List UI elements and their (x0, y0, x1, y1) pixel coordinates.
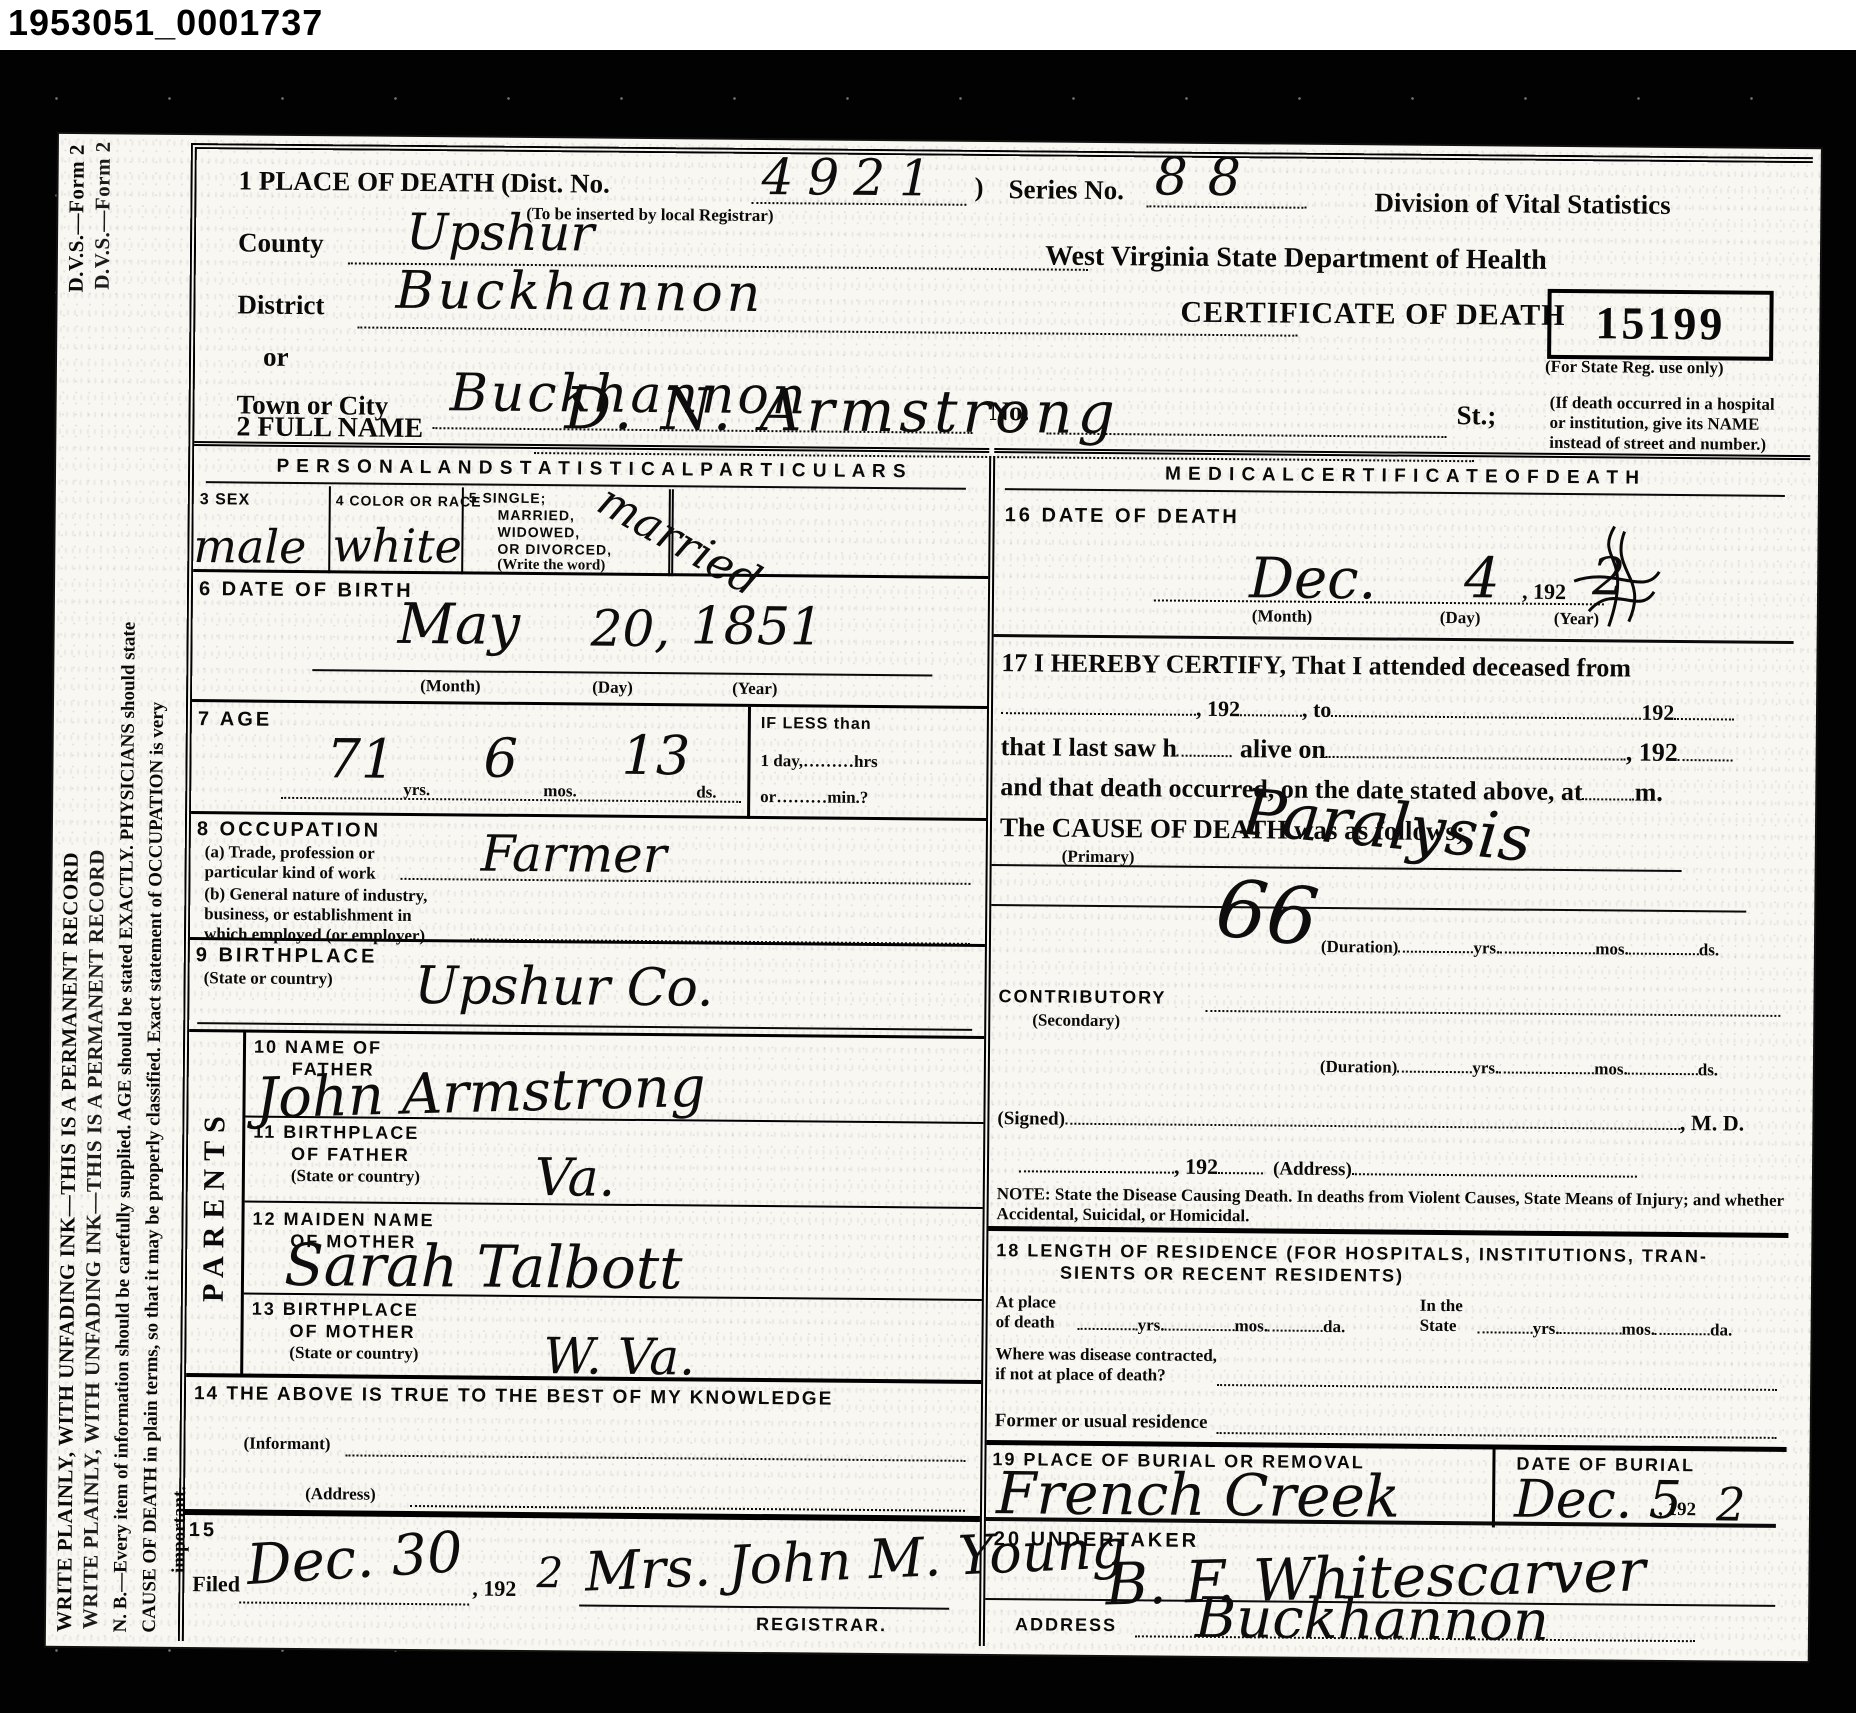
registrar-caption: REGISTRAR. (756, 1614, 887, 1636)
division-title: Division of Vital Statistics (1374, 187, 1671, 221)
undertaker-address-value: Buckhannon (1195, 1586, 1549, 1654)
dod-month-caption: (Month) (1252, 606, 1313, 627)
district-blank (357, 326, 1297, 336)
secondary-caption: (Secondary) (1032, 1010, 1120, 1031)
certify-192b: 192 (1641, 700, 1674, 726)
signed-label: (Signed) (997, 1108, 1065, 1131)
note-paragraph: NOTE: State the Disease Causing Death. I… (997, 1184, 1787, 1231)
dob-year-value: 1851 (690, 596, 823, 657)
in-state-yrs: yrs. (1533, 1319, 1560, 1339)
duration-mos-blank (1500, 950, 1595, 954)
at-place-mos-blank (1165, 1328, 1235, 1332)
where-contracted-blank (1217, 1384, 1777, 1391)
certificate-title: CERTIFICATE OF DEATH (1180, 296, 1565, 333)
informant-address-label: (Address) (305, 1484, 376, 1505)
mother-bp-value: W. Va. (543, 1327, 695, 1386)
personal-column: P E R S O N A L A N D S T A T I S T I C … (184, 449, 995, 1646)
margin-nb-line2: CAUSE OF DEATH in plain terms, so that i… (139, 145, 174, 1633)
sig-192-label: , 192 (1174, 1154, 1218, 1180)
sig-address-label: (Address) (1263, 1158, 1352, 1181)
sex-race-marital-row: 3 SEX male 4 COLOR OR RACE white 5 SINGL… (193, 485, 989, 579)
duration2-ds-caption: ds. (1698, 1060, 1719, 1080)
alive-on-blank (1326, 755, 1626, 761)
marital-label-1: 5 SINGLE; (469, 489, 547, 506)
sig-address-blank (1352, 1172, 1637, 1177)
marital-label-3: WIDOWED, (497, 524, 580, 541)
primary-duration-line: (Duration) yrs. mos. ds. (1321, 937, 1791, 961)
age-months-value: 6 (483, 727, 518, 790)
registrar-signature-line (579, 1604, 949, 1609)
dob-label: 6 DATE OF BIRTH (199, 578, 414, 603)
item15-label: 15 (189, 1519, 217, 1542)
if-less-line1: IF LESS than (761, 715, 872, 734)
certify-to-blank (1331, 714, 1641, 720)
filed-192-label: , 192 (472, 1576, 516, 1602)
mother-birthplace-row: 13 BIRTHPLACE OF MOTHER (State or countr… (243, 1295, 982, 1384)
occupation-label: 8 OCCUPATION (197, 818, 381, 843)
dod-row-rule (994, 634, 1794, 644)
marital-write-word-note: (Write the word) (497, 557, 605, 575)
certify-to-label: , to (1302, 697, 1332, 723)
dob-line (312, 669, 932, 676)
mother-name-row: 12 MAIDEN NAME OF MOTHER Sarah Talbott (244, 1203, 983, 1301)
medical-section-title: M E D I C A L C E R T I F I C A T E O F … (995, 462, 1810, 491)
certify-192a: , 192 (1196, 696, 1240, 722)
if-less-cell: IF LESS than 1 day,………hrs or………min.? (747, 707, 987, 821)
sig-date-blank (1019, 1169, 1174, 1173)
certify-192c: , 192 (1626, 738, 1678, 768)
certificate-form: 1 PLACE OF DEATH (Dist. No. 4921 ) (To b… (178, 143, 1813, 1655)
duration-ds-caption: ds. (1699, 940, 1720, 960)
dob-day-caption: (Day) (592, 678, 633, 698)
age-line (281, 797, 741, 803)
certify-line1: 17 I HEREBY CERTIFY, That I attended dec… (1001, 648, 1631, 683)
county-label: County (238, 227, 324, 259)
sex-value: male (193, 519, 306, 574)
father-bp-label-1: 11 BIRTHPLACE (253, 1122, 419, 1144)
item14-label: 14 THE ABOVE IS TRUE TO THE BEST OF MY K… (194, 1383, 833, 1411)
medical-column: M E D I C A L C E R T I F I C A T E O F … (985, 456, 1810, 1653)
at-place-da: da. (1323, 1317, 1345, 1337)
duration2-ds-blank (1628, 1072, 1698, 1076)
certify-192a-blank (1240, 713, 1302, 717)
mother-bp-caption: (State or country) (289, 1343, 418, 1364)
last-saw-h-blank (1177, 754, 1232, 757)
dob-month-value: May (397, 592, 520, 658)
duration2-caption: (Duration) (1320, 1057, 1398, 1078)
in-state-blanks: yrs. mos. da. (1478, 1318, 1788, 1341)
burial-192-label: , 192 (1658, 1499, 1696, 1521)
burial-row: 19 PLACE OF BURIAL OR REMOVAL DATE OF BU… (986, 1445, 1787, 1530)
occupation-b-line1: (b) General nature of industry, (204, 884, 427, 906)
secondary-duration-line: (Duration) yrs. mos. ds. (1320, 1057, 1790, 1081)
if-less-line2: 1 day,………hrs (760, 751, 877, 772)
mother-bp-label-1: 13 BIRTHPLACE (252, 1299, 419, 1321)
at-place-da-blank (1268, 1328, 1323, 1331)
father-bp-value: Va. (535, 1148, 616, 1209)
if-less-line3: or………min.? (760, 787, 868, 808)
series-no-value: 88 (1154, 147, 1261, 208)
personal-section-title: P E R S O N A L A N D S T A T I S T I C … (194, 455, 989, 484)
race-cell: 4 COLOR OR RACE white (330, 486, 464, 574)
where-contracted-line2: if not at place of death? (995, 1364, 1166, 1385)
contributory-blank (1205, 1010, 1780, 1017)
duration-ds-blank (1629, 952, 1699, 956)
in-state-yrs-blank (1478, 1330, 1533, 1333)
hospital-note: (If death occurred in a hospital or inst… (1549, 393, 1780, 455)
occupation-value: Farmer (480, 825, 666, 885)
place-of-death-label: 1 PLACE OF DEATH (Dist. No. (238, 165, 610, 199)
marital-label-2: MARRIED, (498, 507, 575, 524)
or-label: or (263, 342, 289, 373)
birthplace-line (197, 1022, 972, 1031)
occupation-b-line2: business, or establishment in (204, 904, 412, 926)
age-years-value: 71 (326, 727, 395, 791)
district-value: Buckhannon (395, 261, 764, 324)
age-label: 7 AGE (198, 708, 272, 732)
father-bp-caption: (State or country) (291, 1166, 420, 1187)
father-name-row: 10 NAME OF FATHER John Armstrong (245, 1033, 984, 1124)
at-place-yrs: yrs. (1138, 1315, 1165, 1335)
mother-name-label-1: 12 MAIDEN NAME (252, 1209, 434, 1232)
duration-caption: (Duration) (1321, 937, 1399, 958)
birthplace-label: 9 BIRTHPLACE (196, 944, 378, 969)
parents-label: PARENTS (197, 1108, 233, 1302)
district-number-value: 4921 (761, 148, 945, 208)
signed-blank (1065, 1122, 1680, 1130)
dob-month-caption: (Month) (420, 676, 481, 697)
cause-duration-value: 66 (1211, 861, 1323, 965)
duration-yrs-blank (1398, 950, 1473, 954)
duration2-mos-blank (1499, 1070, 1594, 1074)
birthplace-row: 9 BIRTHPLACE (State or country) Upshur C… (189, 940, 985, 1039)
at-place-yrs-blank (1078, 1327, 1138, 1331)
certify-192c-blank (1678, 758, 1733, 761)
fullname-label: 2 FULL NAME (236, 411, 423, 445)
item18-line2: SIENTS OR RECENT RESIDENTS) (1060, 1263, 1404, 1287)
age-days-value: 13 (621, 724, 690, 788)
fullname-value: D. N. Armstrong (564, 374, 1120, 447)
birthplace-value: Upshur Co. (414, 956, 713, 1019)
race-label: 4 COLOR OR RACE (336, 492, 482, 509)
certificate-page: WRITE PLAINLY, WITH UNFADING INK—THIS IS… (46, 134, 1821, 1661)
parents-label-cell: PARENTS (186, 1032, 246, 1377)
parents-block: PARENTS 10 NAME OF FATHER John Armstrong… (186, 1032, 984, 1384)
cause-line-1 (992, 864, 1682, 872)
occupation-a-line2: particular kind of work (204, 862, 375, 883)
informant-label: (Informant) (243, 1434, 330, 1455)
in-the-line2: State (1420, 1316, 1457, 1336)
place-of-death-close-paren: ) (974, 172, 983, 203)
in-state-da: da. (1710, 1320, 1732, 1340)
dod-year-caption: (Year) (1554, 609, 1599, 629)
certify-192b-blank (1674, 717, 1734, 721)
informant-block: 14 THE ABOVE IS TRUE TO THE BEST OF MY K… (185, 1377, 981, 1522)
informant-address-blank (410, 1505, 965, 1512)
registration-number-box: 15199 (1547, 289, 1774, 361)
marital-label-4: OR DIVORCED, (497, 541, 612, 558)
duration-yrs-caption: yrs. (1473, 938, 1500, 958)
birthplace-caption: (State or country) (204, 968, 333, 989)
sig-192-blank (1218, 1171, 1263, 1174)
in-the-line1: In the (1420, 1296, 1463, 1316)
cause-line-2 (991, 904, 1746, 913)
last-saw-label: that I last saw h (1001, 732, 1178, 764)
sex-label: 3 SEX (200, 491, 251, 509)
in-state-da-blank (1655, 1332, 1710, 1335)
occupation-a-line1: (a) Trade, profession or (205, 842, 375, 863)
alive-on-label: alive on (1232, 734, 1326, 765)
dob-day-value: 20, (590, 600, 670, 659)
father-birthplace-row: 11 BIRTHPLACE OF FATHER (State or countr… (245, 1118, 984, 1209)
at-place-blanks: yrs. mos. da. (1078, 1315, 1408, 1338)
signature-date-line: , 192 (Address) (1019, 1152, 1779, 1185)
age-row: 7 AGE 71 yrs. 6 mos. 13 ds. IF LESS than… (191, 702, 987, 821)
signed-line: (Signed) , M. D. (997, 1104, 1787, 1137)
note-text: State the Disease Causing Death. In deat… (997, 1185, 1784, 1226)
margin-form-ref: D.V.S.—Form 2 (64, 144, 90, 293)
in-state-mos-blank (1559, 1331, 1621, 1335)
scan-filename-label: 1953051_0001737 (8, 2, 323, 44)
contributory-label: CONTRIBUTORY (998, 986, 1166, 1008)
dod-day-caption: (Day) (1440, 608, 1481, 628)
former-residence-blank (1217, 1432, 1777, 1439)
former-residence-label: Former or usual residence (995, 1410, 1208, 1434)
duration2-yrs-blank (1397, 1070, 1472, 1074)
filed-label: Filed (192, 1571, 240, 1597)
margin-form-ref: D.V.S.—Form 2 (90, 141, 116, 290)
certify-line3: that I last saw h alive on , 192 (1001, 732, 1791, 769)
st-label: St.; (1456, 400, 1496, 431)
burial-divider (1492, 1449, 1496, 1527)
where-contracted-line1: Where was disease contracted, (995, 1344, 1217, 1366)
occupation-row: 8 OCCUPATION (a) Trade, profession or pa… (190, 814, 986, 947)
duration-mos-caption: mos. (1595, 939, 1629, 959)
informant-blank (345, 1454, 965, 1461)
margin-nb-line1: N. B.—Every item of information should b… (110, 144, 145, 1632)
certify-from-blank (1001, 711, 1196, 716)
death-hour-blank (1583, 797, 1635, 800)
certify-line2: , 192 , to 192 (1001, 694, 1791, 727)
at-place-line2: of death (996, 1312, 1055, 1333)
scanner-background: WRITE PLAINLY, WITH UNFADING INK—THIS IS… (0, 50, 1856, 1713)
father-bp-label-2: OF FATHER (291, 1144, 410, 1166)
district-label: District (237, 289, 324, 321)
series-no-blank (1146, 205, 1306, 208)
note-label: NOTE: (997, 1184, 1051, 1203)
dod-label: 16 DATE OF DEATH (1005, 504, 1240, 529)
series-no-label: Series No. (1008, 174, 1124, 206)
in-state-mos: mos. (1621, 1320, 1655, 1340)
dob-row: 6 DATE OF BIRTH May 20, 1851 (Month) (Da… (192, 572, 988, 709)
at-place-line1: At place (996, 1292, 1056, 1313)
father-name-label-1: 10 NAME OF (254, 1037, 382, 1059)
registration-number: 15199 (1595, 297, 1725, 349)
at-place-mos: mos. (1234, 1316, 1268, 1336)
dob-year-caption: (Year) (732, 679, 777, 699)
state-reg-note: (For State Reg. use only) (1545, 357, 1724, 379)
filed-date-blank (239, 1601, 469, 1605)
county-value: Upshur (406, 203, 595, 263)
filed-date-value: Dec. 30 (245, 1520, 465, 1598)
department-title: West Virginia State Department of Health (996, 240, 1596, 277)
mother-name-value: Sarah Talbott (284, 1231, 683, 1302)
filed-block: 15 Filed Dec. 30 , 192 2 Mrs. John M. Yo… (184, 1515, 980, 1646)
duration2-mos-caption: mos. (1594, 1059, 1628, 1079)
filed-year-value: 2 (536, 1548, 563, 1597)
mother-bp-label-2: OF MOTHER (289, 1321, 415, 1343)
duration2-yrs-caption: yrs. (1472, 1058, 1499, 1078)
md-label: , M. D. (1680, 1110, 1744, 1137)
death-m-label: m. (1635, 778, 1663, 808)
document-scan: 1953051_0001737 WRITE PLAINLY, WITH UNFA… (0, 0, 1856, 1713)
race-value: white (332, 518, 462, 573)
sex-cell: 3 SEX male (193, 485, 331, 573)
undertaker-address-label: ADDRESS (1015, 1614, 1117, 1636)
